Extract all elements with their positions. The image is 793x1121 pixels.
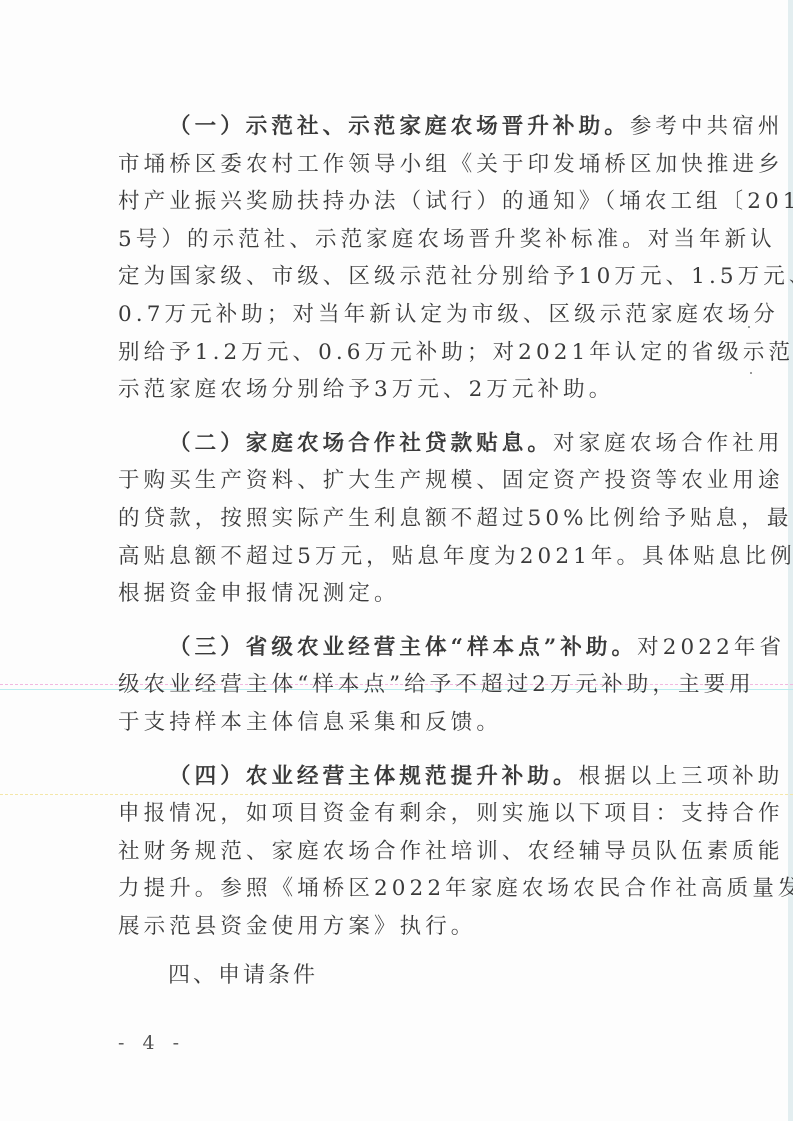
text-line: （四）农业经营主体规范提升补助。根据以上三项补助	[118, 758, 690, 796]
text: 根据以上三项补助	[579, 764, 784, 789]
text-line: 于购买生产资料、扩大生产规模、固定资产投资等农业用途	[118, 462, 690, 500]
text-line: 高贴息额不超过5万元，贴息年度为2021年。具体贴息比例	[118, 538, 690, 576]
section-three: （三）省级农业经营主体“样本点”补助。对2022年省 级农业经营主体“样本点”给…	[118, 629, 690, 742]
text-line: （二）家庭农场合作社贷款贴息。对家庭农场合作社用	[118, 425, 690, 463]
text-line: 根据资金申报情况测定。	[118, 575, 690, 613]
text-line: 村产业振兴奖励扶持办法（试行）的通知》（埇农工组〔2019〕	[118, 183, 690, 221]
text-line: （一）示范社、示范家庭农场晋升补助。参考中共宿州	[118, 108, 690, 146]
text: 对家庭农场合作社用	[553, 431, 783, 456]
text-line: 示范家庭农场分别给予3万元、2万元补助。	[118, 371, 690, 409]
text-line: 定为国家级、市级、区级示范社分别给予10万元、1.5万元、	[118, 258, 690, 296]
text-line: 的贷款，按照实际产生利息额不超过50%比例给予贴息，最	[118, 500, 690, 538]
document-page: （一）示范社、示范家庭农场晋升补助。参考中共宿州 市埇桥区委农村工作领导小组《关…	[0, 0, 793, 1121]
section-lead: （二）家庭农场合作社贷款贴息。	[169, 431, 553, 456]
text-line: 级农业经营主体“样本点”给予不超过2万元补助，主要用	[118, 666, 690, 704]
text-line: 市埇桥区委农村工作领导小组《关于印发埇桥区加快推进乡	[118, 146, 690, 184]
page-number: - 4 -	[118, 1032, 185, 1054]
text-line: 展示范县资金使用方案》执行。	[118, 908, 690, 946]
text-line: 0.7万元补助；对当年新认定为市级、区级示范家庭农场分	[118, 296, 690, 334]
section-two: （二）家庭农场合作社贷款贴息。对家庭农场合作社用 于购买生产资料、扩大生产规模、…	[118, 425, 690, 613]
text-line: （三）省级农业经营主体“样本点”补助。对2022年省	[118, 629, 690, 667]
section-heading: 四、申请条件	[118, 957, 690, 995]
text-line: 申报情况，如项目资金有剩余，则实施以下项目：支持合作	[118, 795, 690, 833]
document-body: （一）示范社、示范家庭农场晋升补助。参考中共宿州 市埇桥区委农村工作领导小组《关…	[118, 108, 690, 995]
text-line: 社财务规范、家庭农场合作社培训、农经辅导员队伍素质能	[118, 833, 690, 871]
text-line: 别给予1.2万元、0.6万元补助；对2021年认定的省级示范社	[118, 334, 690, 372]
text-line: 于支持样本主体信息采集和反馈。	[118, 704, 690, 742]
section-lead: （三）省级农业经营主体“样本点”补助。	[169, 635, 637, 660]
text-line: 力提升。参照《埇桥区2022年家庭农场农民合作社高质量发	[118, 870, 690, 908]
scan-speck	[750, 372, 752, 374]
section-lead: （四）农业经营主体规范提升补助。	[169, 764, 579, 789]
section-lead: （一）示范社、示范家庭农场晋升补助。	[169, 114, 630, 139]
text: 对2022年省	[637, 635, 785, 660]
section-four: （四）农业经营主体规范提升补助。根据以上三项补助 申报情况，如项目资金有剩余，则…	[118, 758, 690, 946]
section-one: （一）示范社、示范家庭农场晋升补助。参考中共宿州 市埇桥区委农村工作领导小组《关…	[118, 108, 690, 409]
text: 参考中共宿州	[630, 114, 784, 139]
text-line: 5号）的示范社、示范家庭农场晋升奖补标准。对当年新认	[118, 221, 690, 259]
